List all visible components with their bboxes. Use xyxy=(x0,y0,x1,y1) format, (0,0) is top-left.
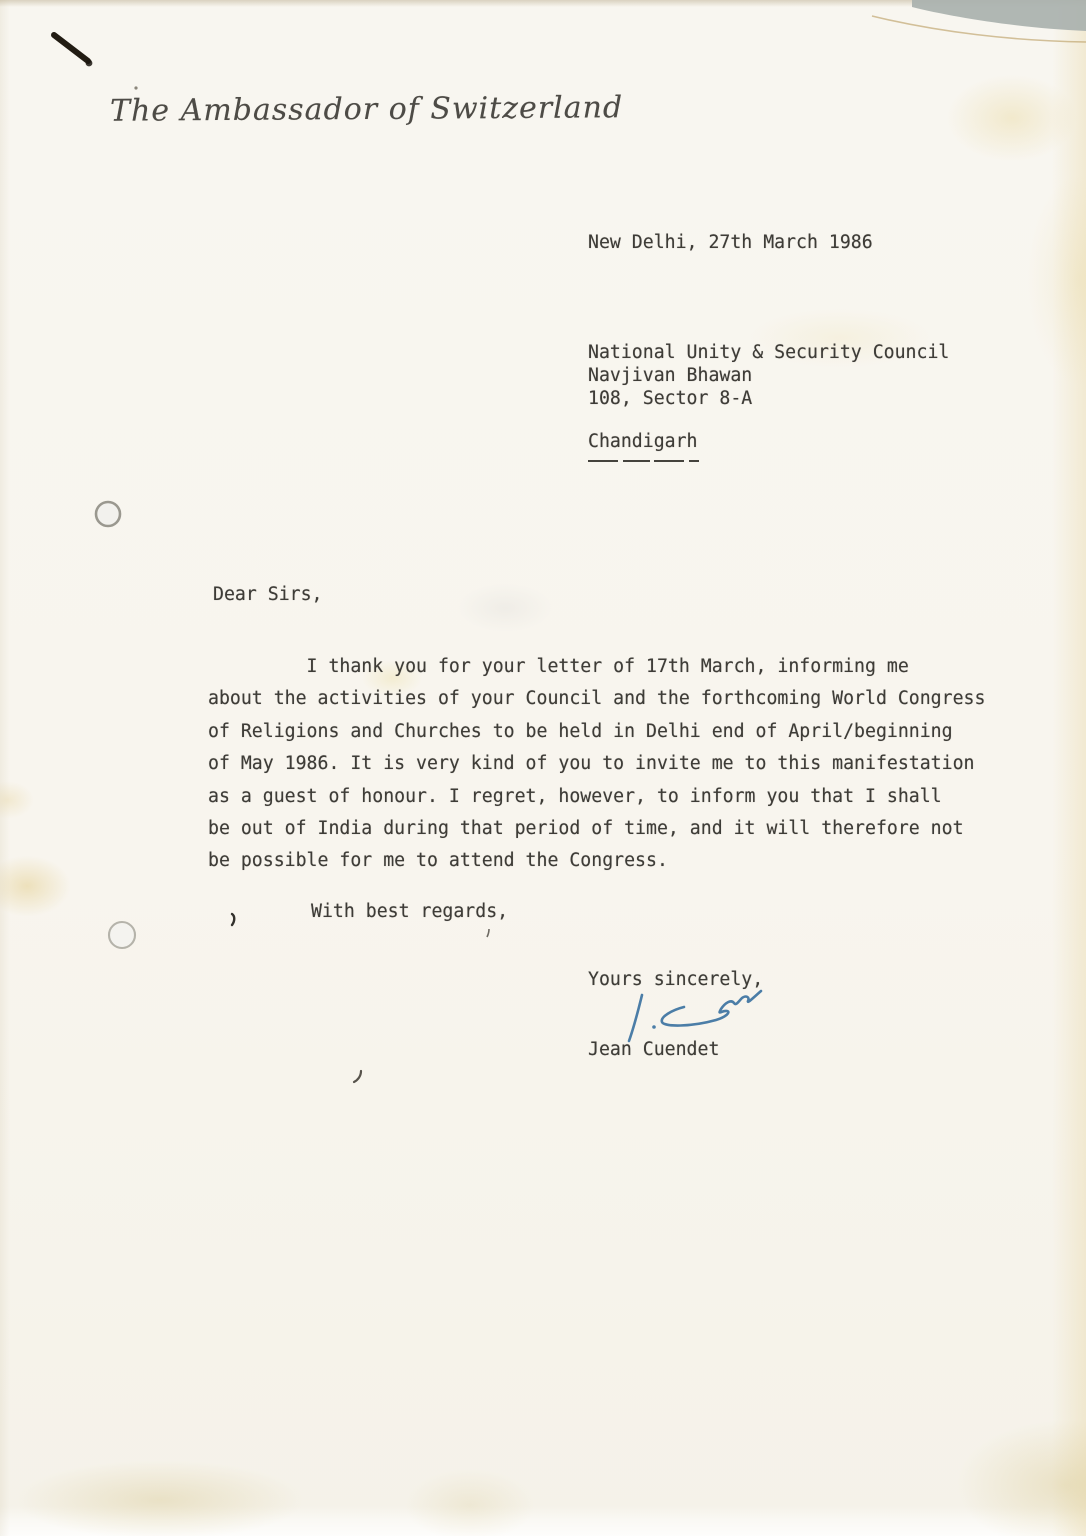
letterhead-script: The Ambassador of Switzerland xyxy=(110,90,623,129)
signer-name: Jean Cuendet xyxy=(588,1038,719,1062)
city-underline xyxy=(588,460,699,462)
stray-fleck-mark xyxy=(354,1071,361,1082)
page-curl-background xyxy=(912,0,1086,31)
staple-mark-blob xyxy=(86,60,93,67)
recipient-address: National Unity & Security Council Navjiv… xyxy=(588,342,949,410)
signature xyxy=(629,991,761,1041)
punch-hole-top xyxy=(96,502,120,526)
closing-line: Yours sincerely, xyxy=(588,968,763,992)
regards-line: With best regards, xyxy=(311,900,508,924)
signature-stroke-flourish xyxy=(662,991,761,1026)
signature-dot xyxy=(652,1025,656,1029)
punch-hole-bottom xyxy=(109,922,135,948)
scanned-letter-page: The Ambassador of Switzerland New Delhi,… xyxy=(0,0,1086,1536)
signature-stroke-slash xyxy=(629,995,642,1041)
stray-comma-mark xyxy=(232,914,234,925)
letter-body: I thank you for your letter of 17th Marc… xyxy=(208,651,985,878)
fold-crease-line xyxy=(872,16,1086,42)
date-line: New Delhi, 27th March 1986 xyxy=(588,231,873,255)
recipient-city: Chandigarh xyxy=(588,431,698,454)
dust-speck xyxy=(134,86,137,89)
stray-tick-mark xyxy=(487,929,489,937)
staple-mark xyxy=(54,35,88,61)
salutation: Dear Sirs, xyxy=(213,583,323,607)
